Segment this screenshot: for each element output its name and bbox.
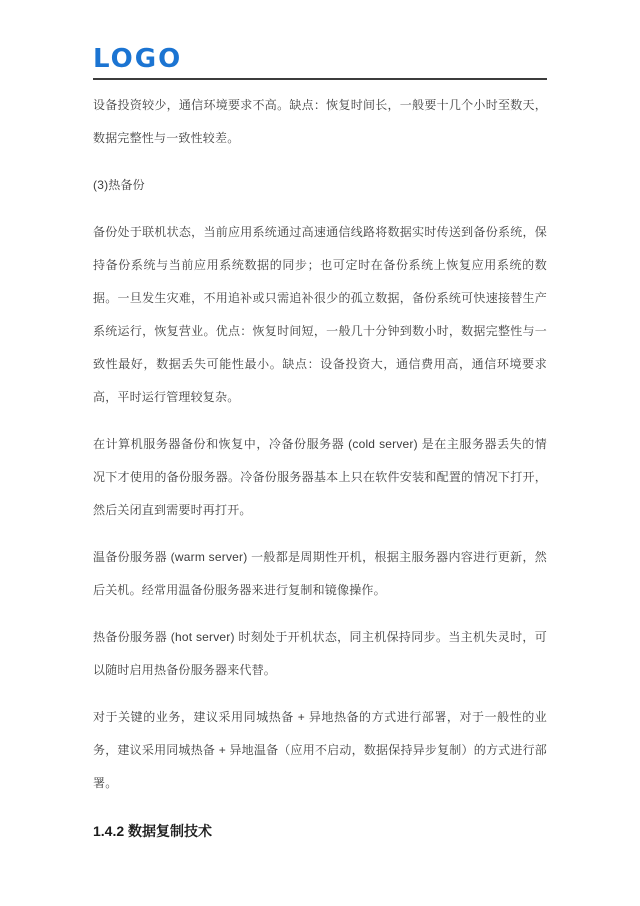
section-heading: 1.4.2 数据复制技术 [93, 821, 547, 841]
sub-item-heading-hot-backup: (3)热备份 [93, 169, 547, 202]
paragraph-deployment-advice: 对于关键的业务，建议采用同城热备 + 异地热备的方式进行部署，对于一般性的业务，… [93, 701, 547, 800]
paragraph-cold-server: 在计算机服务器备份和恢复中，冷备份服务器 (cold server) 是在主服务… [93, 428, 547, 527]
paragraph-warm-server: 温备份服务器 (warm server) 一般都是周期性开机，根据主服务器内容进… [93, 541, 547, 607]
page-header: LOGO [93, 46, 547, 80]
paragraph-hot-backup-description: 备份处于联机状态，当前应用系统通过高速通信线路将数据实时传送到备份系统，保持备份… [93, 216, 547, 414]
logo-text: LOGO [93, 46, 547, 73]
document-body: 设备投资较少，通信环境要求不高。缺点：恢复时间长，一般要十几个小时至数天，数据完… [93, 89, 547, 841]
paragraph-hot-server: 热备份服务器 (hot server) 时刻处于开机状态，同主机保持同步。当主机… [93, 621, 547, 687]
header-divider [93, 78, 547, 80]
document-page: LOGO 设备投资较少，通信环境要求不高。缺点：恢复时间长，一般要十几个小时至数… [93, 0, 547, 841]
paragraph-backup-drawbacks: 设备投资较少，通信环境要求不高。缺点：恢复时间长，一般要十几个小时至数天，数据完… [93, 89, 547, 155]
